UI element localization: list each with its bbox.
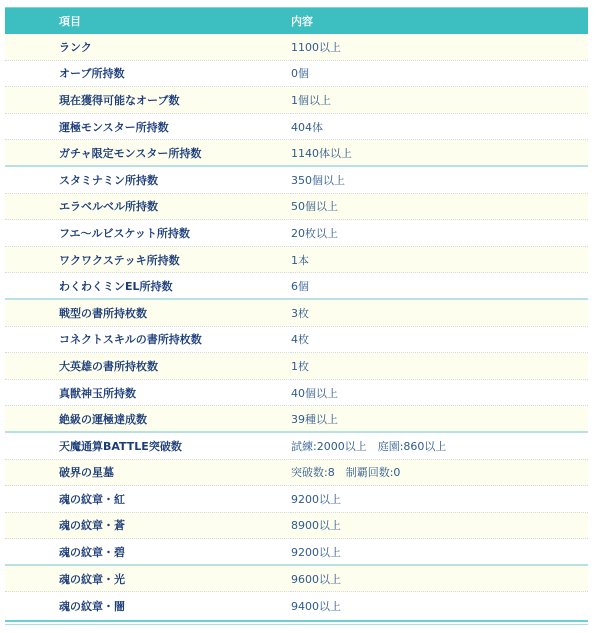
row-value: 3枚 xyxy=(291,299,588,326)
table-row: 魂の紋章・光 9600以上 xyxy=(5,565,588,592)
table-header-row: 項目 内容 xyxy=(5,8,588,34)
table-row: ワクワクステッキ所持数 1本 xyxy=(5,246,588,273)
table-row: フエ～ルビスケット所持数 20枚以上 xyxy=(5,220,588,247)
row-label: 戦型の書所持枚数 xyxy=(5,299,291,326)
row-value: 9200以上 xyxy=(291,486,588,513)
row-label: 魂の紋章・蒼 xyxy=(5,512,291,539)
table-row: 魂の紋章・闇 9400以上 xyxy=(5,592,588,619)
account-info-table-container: 項目 内容 ランク 1100以上 オーブ所持数 0個 現在獲得可能なオーブ数 1… xyxy=(5,7,588,625)
row-label: エラベルベル所持数 xyxy=(5,193,291,220)
row-label: わくわくミンEL所持数 xyxy=(5,273,291,300)
table-row: 真獣神玉所持数 40個以上 xyxy=(5,379,588,406)
row-value: 50個以上 xyxy=(291,193,588,220)
row-value: 9200以上 xyxy=(291,539,588,566)
row-value: 39種以上 xyxy=(291,406,588,433)
table-row: わくわくミンEL所持数 6個 xyxy=(5,273,588,300)
table-row: 破界の星墓 突破数:8 制覇回数:0 xyxy=(5,459,588,486)
row-label: 大英雄の書所持枚数 xyxy=(5,353,291,380)
row-label: 天魔通算BATTLE突破数 xyxy=(5,432,291,459)
table-row: 運極モンスター所持数 404体 xyxy=(5,113,588,140)
row-value: 1枚 xyxy=(291,353,588,380)
row-label: 真獣神玉所持数 xyxy=(5,379,291,406)
table-bottom-border xyxy=(5,620,588,625)
table-row: 大英雄の書所持枚数 1枚 xyxy=(5,353,588,380)
row-value: 1本 xyxy=(291,246,588,273)
row-label: 魂の紋章・光 xyxy=(5,565,291,592)
row-value: 4枚 xyxy=(291,326,588,353)
row-label: スタミナミン所持数 xyxy=(5,166,291,193)
row-value: 8900以上 xyxy=(291,512,588,539)
row-value: 1個以上 xyxy=(291,87,588,114)
column-header-item: 項目 xyxy=(5,8,291,34)
table-row: 天魔通算BATTLE突破数 試練:2000以上 庭園:860以上 xyxy=(5,432,588,459)
row-label: ワクワクステッキ所持数 xyxy=(5,246,291,273)
column-header-content: 内容 xyxy=(291,8,588,34)
row-label: 魂の紋章・碧 xyxy=(5,539,291,566)
row-label: 魂の紋章・紅 xyxy=(5,486,291,513)
table-row: 魂の紋章・紅 9200以上 xyxy=(5,486,588,513)
table-row: コネクトスキルの書所持枚数 4枚 xyxy=(5,326,588,353)
table-row: エラベルベル所持数 50個以上 xyxy=(5,193,588,220)
row-value: 6個 xyxy=(291,273,588,300)
row-value: 20枚以上 xyxy=(291,220,588,247)
row-label: フエ～ルビスケット所持数 xyxy=(5,220,291,247)
table-row: 現在獲得可能なオーブ数 1個以上 xyxy=(5,87,588,114)
row-label: 現在獲得可能なオーブ数 xyxy=(5,87,291,114)
row-label: 運極モンスター所持数 xyxy=(5,113,291,140)
table-row: 戦型の書所持枚数 3枚 xyxy=(5,299,588,326)
table-row: 絶級の運極達成数 39種以上 xyxy=(5,406,588,433)
row-value: 試練:2000以上 庭園:860以上 xyxy=(291,432,588,459)
table-row: ランク 1100以上 xyxy=(5,34,588,61)
row-label: ガチャ限定モンスター所持数 xyxy=(5,140,291,167)
row-label: 魂の紋章・闇 xyxy=(5,592,291,619)
table-body: ランク 1100以上 オーブ所持数 0個 現在獲得可能なオーブ数 1個以上 運極… xyxy=(5,34,588,619)
row-value: 0個 xyxy=(291,60,588,87)
row-value: 1100以上 xyxy=(291,34,588,61)
row-value: 突破数:8 制覇回数:0 xyxy=(291,459,588,486)
table-row: 魂の紋章・碧 9200以上 xyxy=(5,539,588,566)
row-value: 1140体以上 xyxy=(291,140,588,167)
table-row: オーブ所持数 0個 xyxy=(5,60,588,87)
row-label: コネクトスキルの書所持枚数 xyxy=(5,326,291,353)
row-value: 9600以上 xyxy=(291,565,588,592)
row-label: 破界の星墓 xyxy=(5,459,291,486)
table-row: 魂の紋章・蒼 8900以上 xyxy=(5,512,588,539)
row-value: 350個以上 xyxy=(291,166,588,193)
row-value: 9400以上 xyxy=(291,592,588,619)
row-label: オーブ所持数 xyxy=(5,60,291,87)
table-row: ガチャ限定モンスター所持数 1140体以上 xyxy=(5,140,588,167)
row-label: 絶級の運極達成数 xyxy=(5,406,291,433)
table-row: スタミナミン所持数 350個以上 xyxy=(5,166,588,193)
row-value: 404体 xyxy=(291,113,588,140)
row-label: ランク xyxy=(5,34,291,61)
account-info-table: 項目 内容 ランク 1100以上 オーブ所持数 0個 現在獲得可能なオーブ数 1… xyxy=(5,7,588,619)
row-value: 40個以上 xyxy=(291,379,588,406)
